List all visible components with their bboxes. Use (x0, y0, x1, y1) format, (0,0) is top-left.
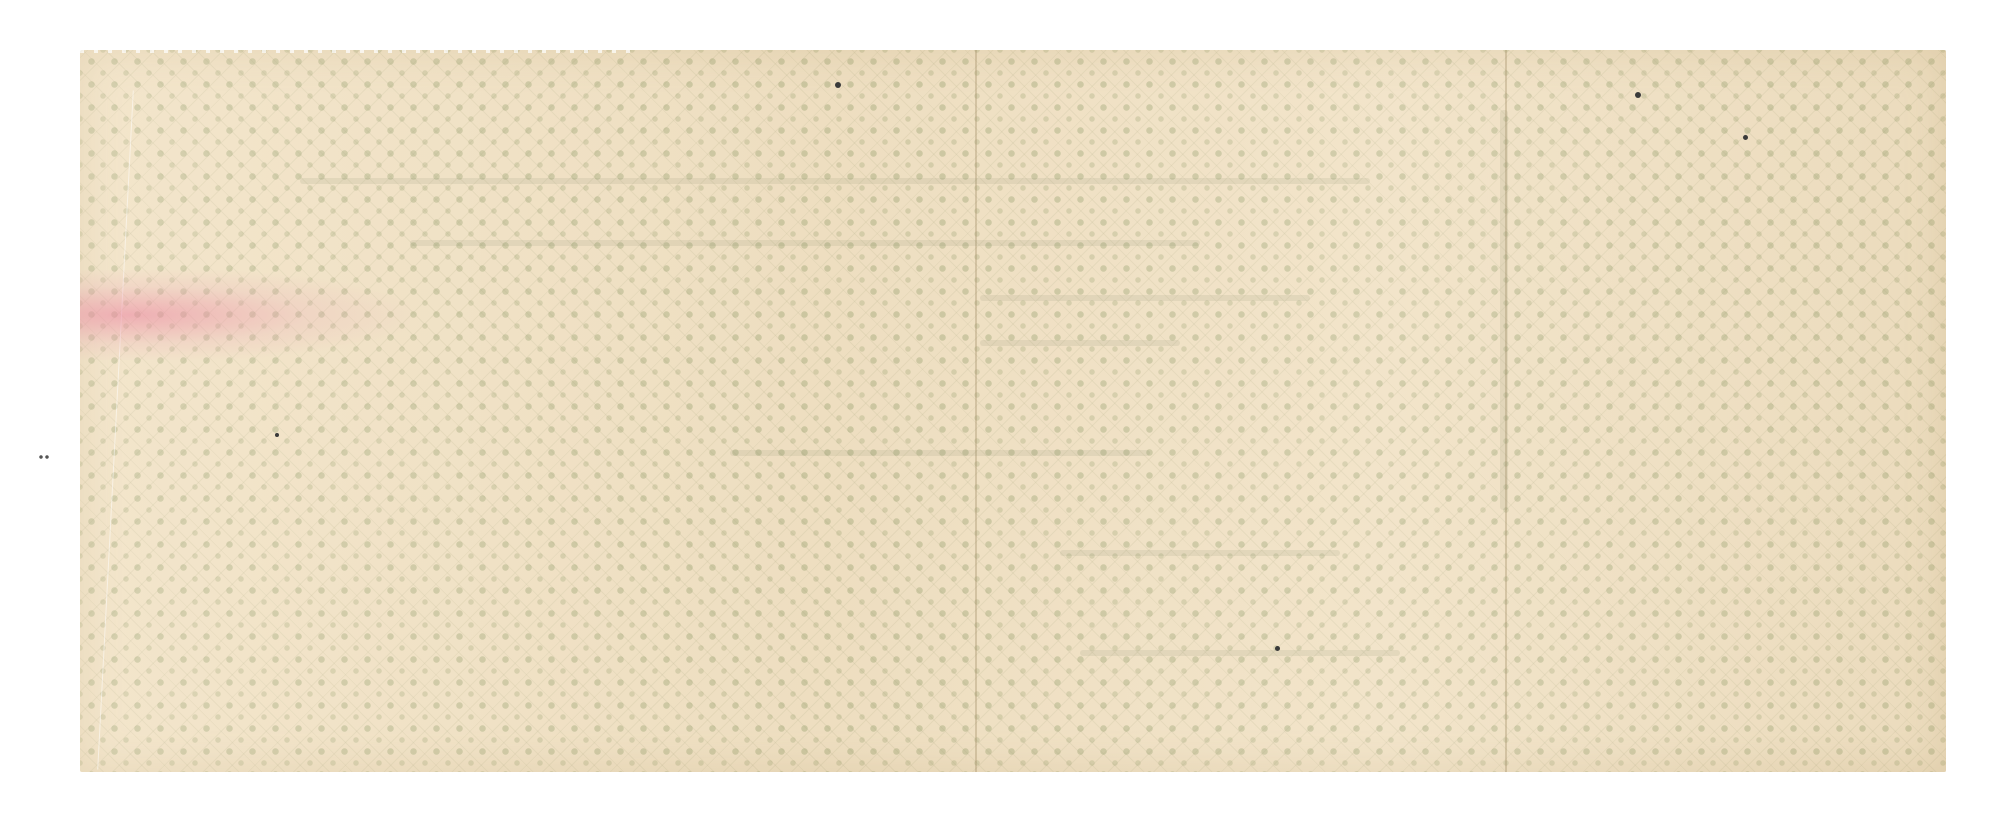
show-through-line (1500, 110, 1508, 510)
center-fold (975, 50, 977, 772)
edge-specks (38, 455, 50, 459)
show-through-line (300, 178, 1370, 184)
paper-tone (80, 50, 1946, 772)
ink-speck (275, 433, 279, 437)
ink-speck (1275, 646, 1280, 651)
ink-speck (835, 82, 841, 88)
show-through-line (1080, 650, 1400, 656)
pink-stain (80, 270, 410, 360)
show-through-line (980, 295, 1310, 301)
show-through-line (730, 450, 1150, 456)
show-through-line (410, 240, 1200, 246)
show-through-line (1060, 550, 1340, 556)
show-through-line (980, 340, 1180, 346)
ink-speck (1635, 92, 1641, 98)
document-reverse (80, 50, 1946, 772)
ink-speck (1743, 135, 1748, 140)
torn-edge (80, 47, 640, 53)
